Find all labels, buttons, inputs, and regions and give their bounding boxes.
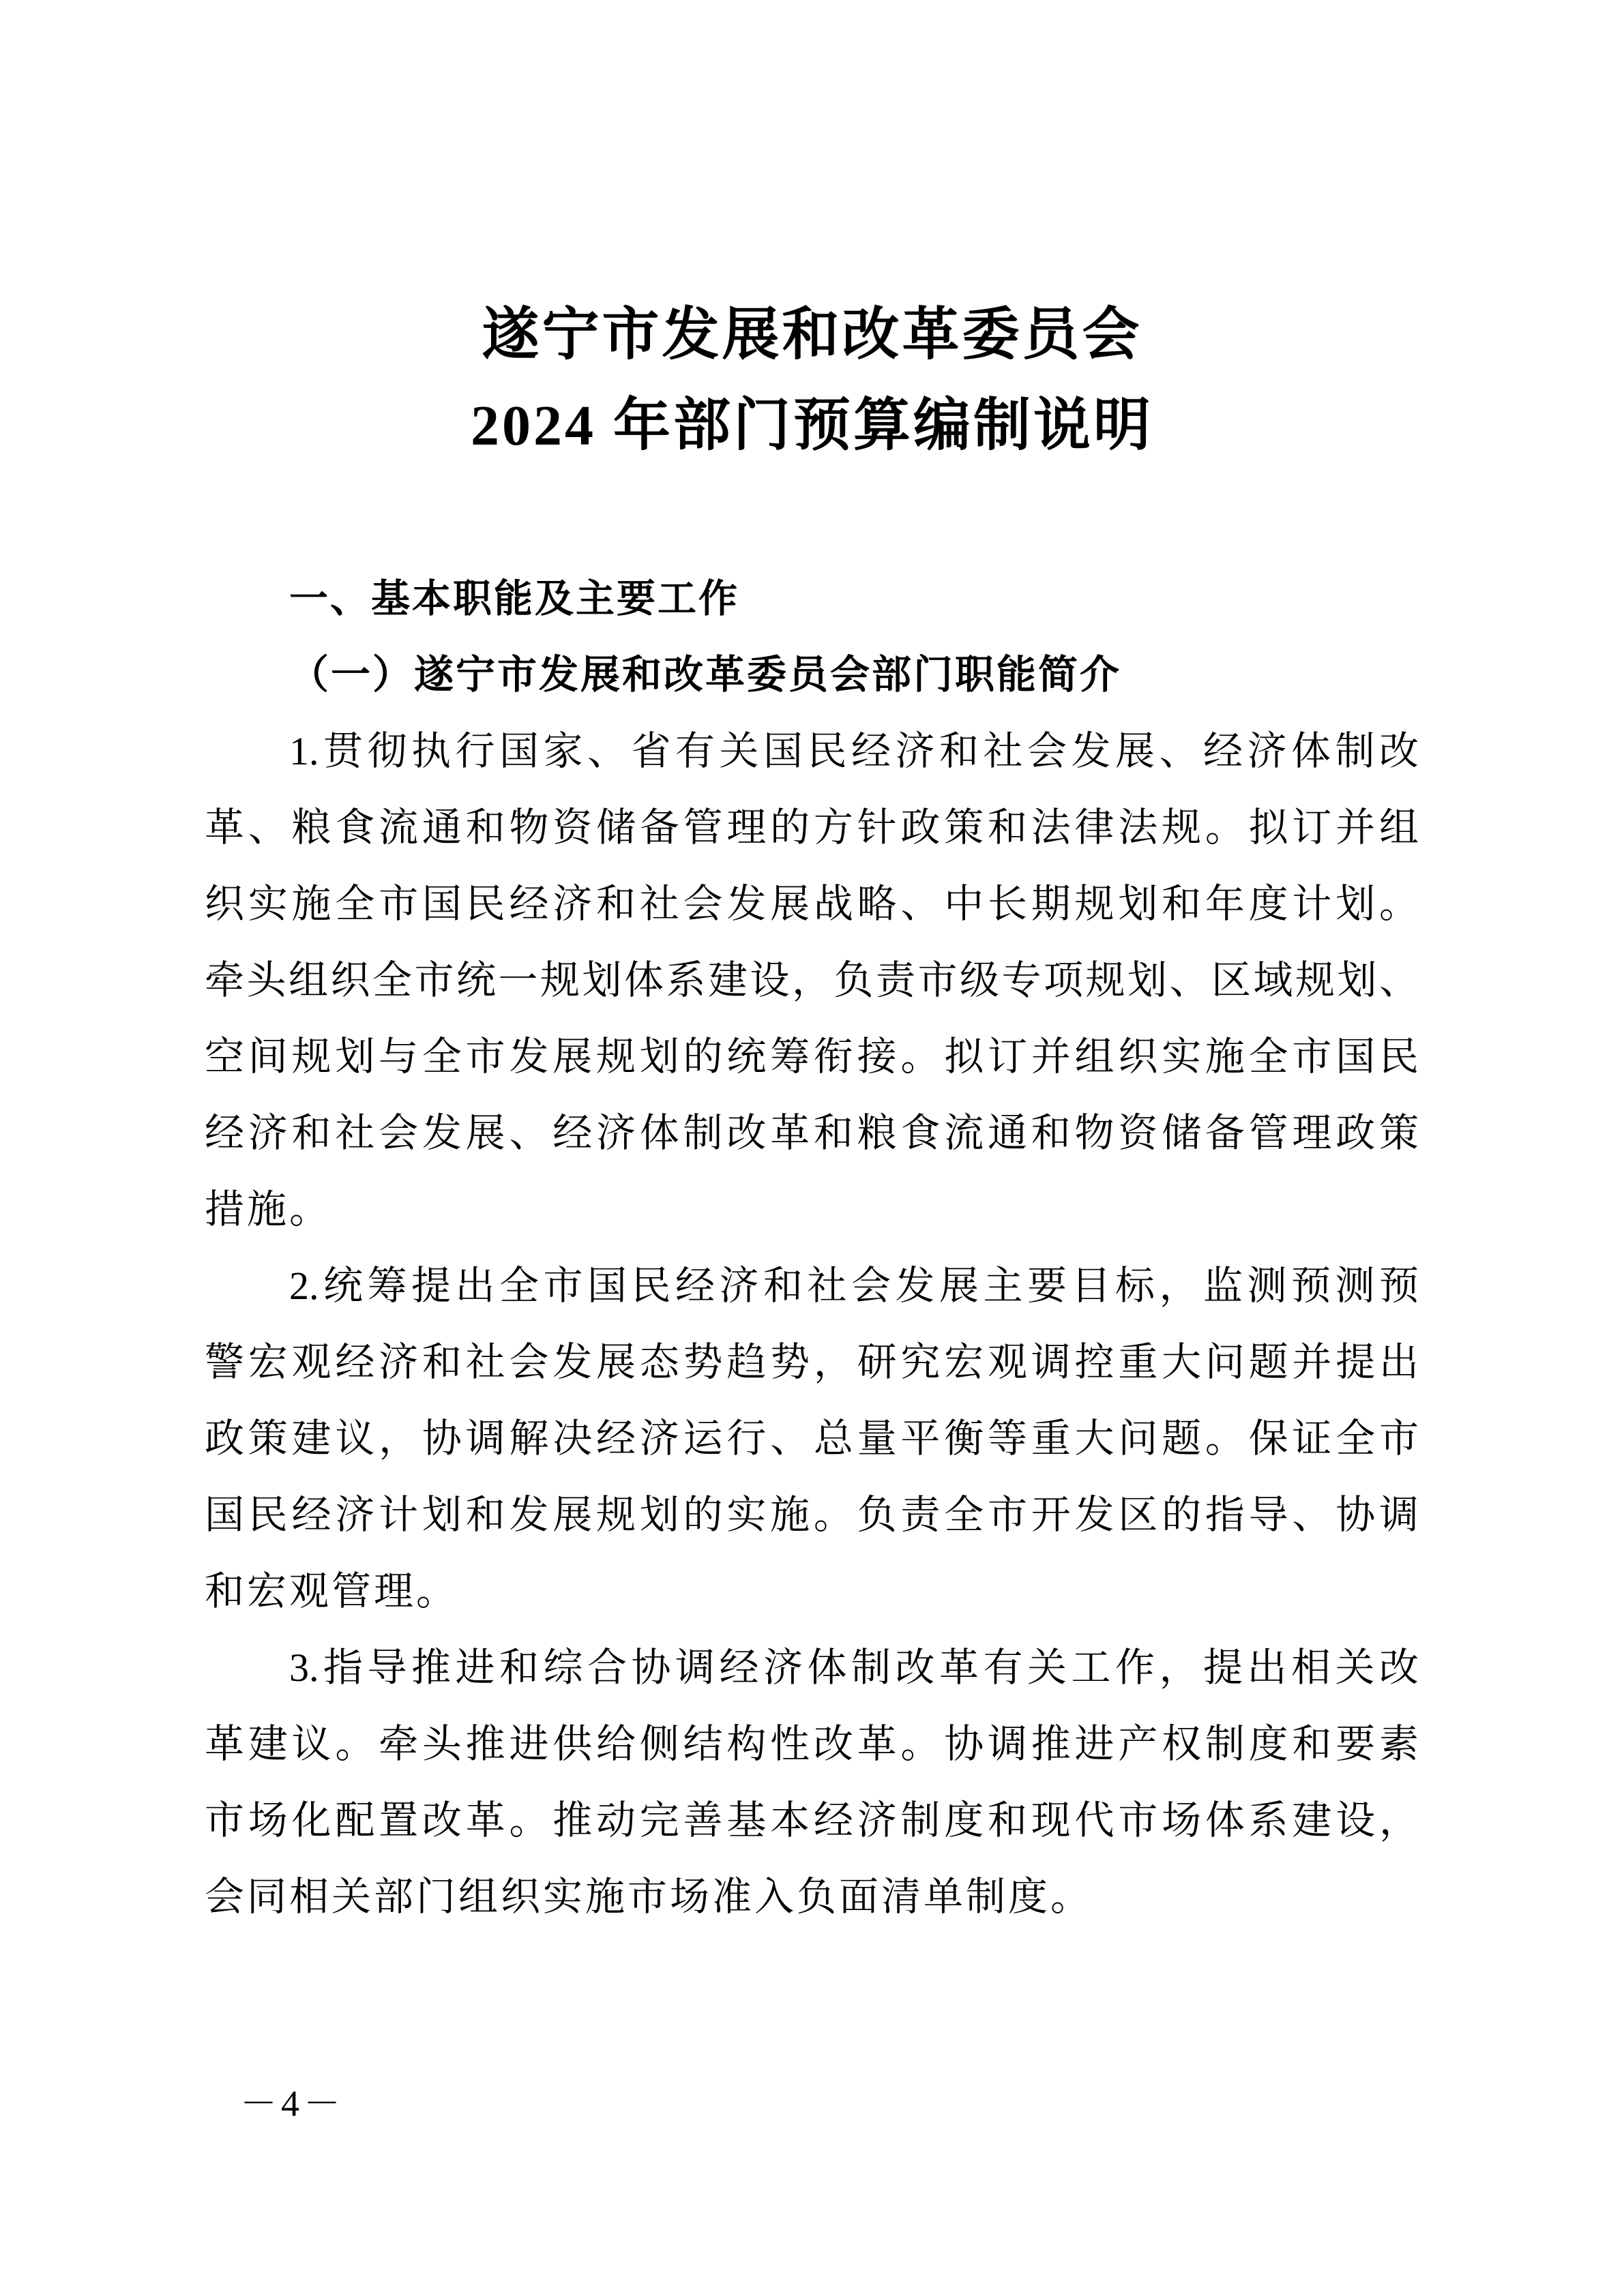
paragraph-2-line-5: 和宏观管理。 [205,1553,1419,1630]
section-heading: 一、基本职能及主要工作 [205,561,1419,637]
paragraph-2-line-1: 2.统筹提出全市国民经济和社会发展主要目标，监测预测预 [205,1248,1419,1324]
paragraph-1-line-7: 措施。 [205,1172,1419,1248]
paragraph-3-line-3: 市场化配置改革。推动完善基本经济制度和现代市场体系建设， [205,1783,1419,1859]
document-title-line-1: 遂宁市发展和改革委员会 [0,290,1624,381]
document-title-line-2: 2024 年部门预算编制说明 [0,381,1624,471]
document-title: 遂宁市发展和改革委员会 2024 年部门预算编制说明 [0,290,1624,471]
page-number: －4－ [240,2083,344,2124]
paragraph-1-line-5: 空间规划与全市发展规划的统筹衔接。拟订并组织实施全市国民 [205,1019,1419,1095]
subsection-heading: （一）遂宁市发展和改革委员会部门职能简介 [205,637,1419,713]
paragraph-3-line-1: 3.指导推进和综合协调经济体制改革有关工作，提出相关改 [205,1630,1419,1706]
paragraph-1-line-1: 1.贯彻执行国家、省有关国民经济和社会发展、经济体制改 [205,713,1419,790]
paragraph-2-line-4: 国民经济计划和发展规划的实施。负责全市开发区的指导、协调 [205,1477,1419,1553]
paragraph-1-line-2: 革、粮食流通和物资储备管理的方针政策和法律法规。拟订并组 [205,790,1419,866]
document-body: 一、基本职能及主要工作 （一）遂宁市发展和改革委员会部门职能简介 1.贯彻执行国… [205,561,1419,1935]
paragraph-1-line-6: 经济和社会发展、经济体制改革和粮食流通和物资储备管理政策 [205,1095,1419,1172]
document-page: 遂宁市发展和改革委员会 2024 年部门预算编制说明 一、基本职能及主要工作 （… [0,0,1624,2296]
paragraph-1-line-4: 牵头组织全市统一规划体系建设，负责市级专项规划、区域规划、 [205,942,1419,1019]
paragraph-3-line-2: 革建议。牵头推进供给侧结构性改革。协调推进产权制度和要素 [205,1706,1419,1783]
paragraph-2-line-3: 政策建议，协调解决经济运行、总量平衡等重大问题。保证全市 [205,1401,1419,1477]
paragraph-2-line-2: 警宏观经济和社会发展态势趋势，研究宏观调控重大问题并提出 [205,1324,1419,1401]
paragraph-3-line-4: 会同相关部门组织实施市场准入负面清单制度。 [205,1859,1419,1935]
paragraph-1-line-3: 织实施全市国民经济和社会发展战略、中长期规划和年度计划。 [205,866,1419,942]
